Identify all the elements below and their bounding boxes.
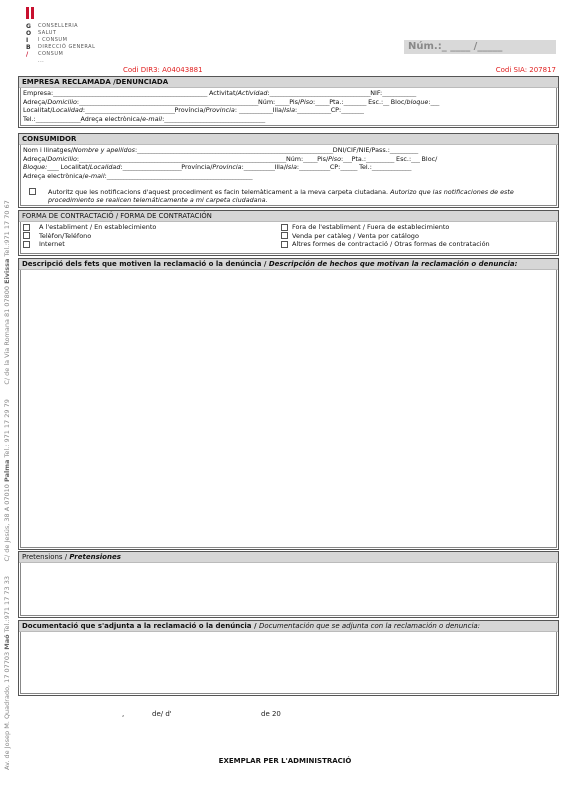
- codi-dir3: Codi DIR3: A04043881: [123, 66, 203, 74]
- documentacio-title: Documentació que s'adjunta a la reclamac…: [19, 621, 558, 632]
- option-fora-establiment[interactable]: Fora de l'establiment / Fuera de estable…: [281, 223, 551, 232]
- pretensions-title: Pretensions / Pretensiones: [19, 552, 558, 563]
- forma-contractacio-section: FORMA DE CONTRACTACIÓ / FORMA DE CONTRAT…: [18, 210, 559, 256]
- descripcio-title: Descripció dels fets que motiven la recl…: [19, 259, 558, 270]
- date-year: de 20: [261, 710, 281, 718]
- empresa-row-3[interactable]: Localitat/Localidad:____________________…: [23, 106, 554, 115]
- pretensions-section[interactable]: Pretensions / Pretensiones: [18, 551, 559, 618]
- logo-glyphs: G O I B /: [26, 23, 34, 58]
- date-comma: ,: [122, 710, 124, 718]
- consumidor-row-4[interactable]: Adreça electrònica/e-mail:______________…: [23, 172, 554, 181]
- empresa-section: EMPRESA RECLAMADA /DENUNCIADA Empresa:__…: [18, 76, 559, 128]
- checkbox[interactable]: [23, 241, 30, 248]
- empresa-row-1[interactable]: Empresa:________________________________…: [23, 89, 554, 98]
- option-internet[interactable]: Internet: [23, 240, 281, 249]
- option-altres-formes[interactable]: Altres formes de contractació / Otras fo…: [281, 240, 551, 249]
- empresa-row-2[interactable]: Adreça/Domicilio:_______________________…: [23, 98, 554, 107]
- descripcio-section[interactable]: Descripció dels fets que motiven la recl…: [18, 258, 559, 550]
- exemplar-label: EXEMPLAR PER L'ADMINISTRACIÓ: [0, 757, 570, 765]
- checkbox[interactable]: [23, 232, 30, 239]
- consumidor-section: CONSUMIDOR Nom i llinatges/Nombre y apel…: [18, 133, 559, 208]
- flag-icon: [26, 7, 34, 19]
- authorization-text: Autoritz que les notificacions d'aquest …: [48, 188, 554, 204]
- logo-text: CONSELLERIA SALUT I CONSUM DIRECCIÓ GENE…: [38, 23, 95, 65]
- consumidor-row-3[interactable]: Bloque:____ Localitat/Localidad:________…: [23, 163, 554, 172]
- consumidor-row-2[interactable]: Adreça/Domicilio:_______________________…: [23, 155, 554, 164]
- option-establiment[interactable]: A l'establiment / En establecimiento: [23, 223, 281, 232]
- office-addresses: Av. de Josep M. Quadrado, 17 07703 Maó T…: [3, 70, 11, 770]
- option-venda-cataleg[interactable]: Venda per catàleg / Venta por catálogo: [281, 232, 551, 241]
- authorization-checkbox[interactable]: [29, 188, 36, 195]
- empresa-title: EMPRESA RECLAMADA /DENUNCIADA: [19, 77, 558, 88]
- checkbox[interactable]: [281, 224, 288, 231]
- checkbox[interactable]: [281, 241, 288, 248]
- documentacio-section[interactable]: Documentació que s'adjunta a la reclamac…: [18, 620, 559, 696]
- codi-sia: Codi SIA: 207817: [496, 66, 556, 74]
- empresa-row-4[interactable]: Tel.:________________Adreça electrònica/…: [23, 115, 554, 124]
- consumidor-title: CONSUMIDOR: [19, 134, 558, 145]
- govern-logo: G O I B / CONSELLERIA SALUT I CONSUM DIR…: [26, 7, 106, 69]
- checkbox[interactable]: [23, 224, 30, 231]
- registration-number-field[interactable]: Núm.:_ ____ /_____: [404, 40, 556, 54]
- forma-title: FORMA DE CONTRACTACIÓ / FORMA DE CONTRAT…: [19, 211, 558, 222]
- checkbox[interactable]: [281, 232, 288, 239]
- notification-authorization: Autoritz que les notificacions d'aquest …: [23, 188, 554, 204]
- date-de: de/ d': [152, 710, 172, 718]
- option-telefon[interactable]: Telèfon/Teléfono: [23, 232, 281, 241]
- consumidor-row-1[interactable]: Nom i llinatges/Nombre y apellidos:_____…: [23, 146, 554, 155]
